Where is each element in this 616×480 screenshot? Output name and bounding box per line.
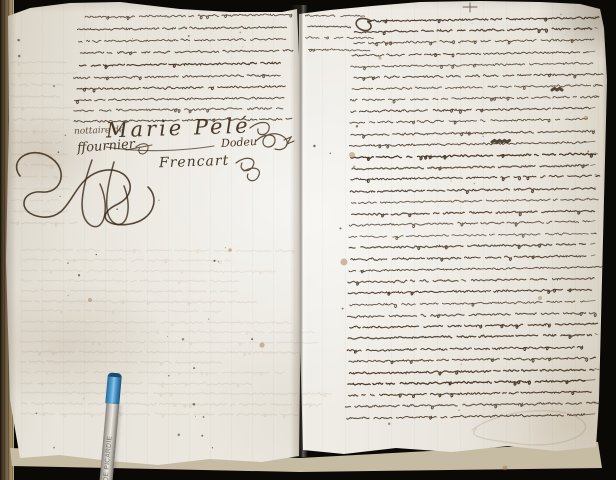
binding-gutter bbox=[290, 5, 312, 457]
signature-dodeu: Dodeu bbox=[221, 135, 258, 150]
pen-cap bbox=[105, 372, 122, 404]
signature-frencart: Frencart bbox=[159, 153, 230, 171]
manuscript-photo: nottaire de Marie Pelé ffournier Dodeu F… bbox=[0, 0, 616, 480]
pen-label-text: DE PICARDIE bbox=[102, 408, 115, 480]
